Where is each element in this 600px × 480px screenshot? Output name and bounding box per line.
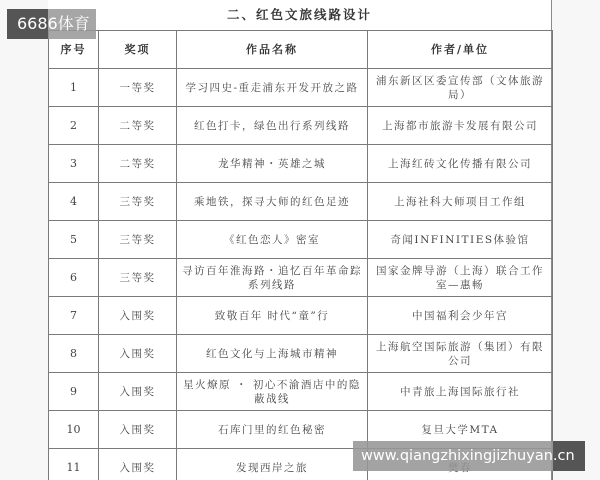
cell-work: 学习四史-重走浦东开发开放之路 xyxy=(177,69,368,107)
watermark-top-left: 6686体育 xyxy=(7,9,96,39)
table-row: 2 二等奖 红色打卡，绿色出行系列线路 上海都市旅游卡发展有限公司 xyxy=(49,107,553,145)
cell-work: 红色打卡，绿色出行系列线路 xyxy=(177,107,368,145)
cell-author: 中青旅上海国际旅行社 xyxy=(368,373,553,411)
cell-author: 国家金牌导游（上海）联合工作室—惠畅 xyxy=(368,259,553,297)
cell-work: 发现西岸之旅 xyxy=(177,449,368,480)
watermark-top-light: 6体育 xyxy=(48,9,96,39)
cell-number: 10 xyxy=(49,411,99,449)
cell-number: 2 xyxy=(49,107,99,145)
document-page: 二、红色文旅线路设计 序号 奖项 作品名称 作者/单位 1 一等奖 学习四史-重… xyxy=(48,0,552,480)
cell-author: 中国福利会少年宫 xyxy=(368,297,553,335)
cell-number: 7 xyxy=(49,297,99,335)
table-row: 3 二等奖 龙华精神・英雄之城 上海红砖文化传播有限公司 xyxy=(49,145,553,183)
awards-table: 序号 奖项 作品名称 作者/单位 1 一等奖 学习四史-重走浦东开发开放之路 浦… xyxy=(48,30,553,480)
cell-author: 上海航空国际旅游（集团）有限公司 xyxy=(368,335,553,373)
table-header-row: 序号 奖项 作品名称 作者/单位 xyxy=(49,31,553,69)
cell-work: 星火燎原 ・ 初心不渝酒店中的隐蔽战线 xyxy=(177,373,368,411)
cell-work: 寻访百年淮海路・追忆百年革命踪系列线路 xyxy=(177,259,368,297)
header-work-title: 作品名称 xyxy=(177,31,368,69)
page-margin-right xyxy=(552,0,600,480)
cell-work: 石库门里的红色秘密 xyxy=(177,411,368,449)
watermark-bottom-right: www.qiangzhixingjizhuyan.cn xyxy=(353,441,585,471)
watermark-bottom-light: www.qiangzhixingjizhuyan xyxy=(353,441,553,471)
cell-author: 上海社科大师项目工作组 xyxy=(368,183,553,221)
cell-number: 8 xyxy=(49,335,99,373)
cell-award: 入围奖 xyxy=(99,297,177,335)
watermark-top-dark: 668 xyxy=(7,9,48,39)
cell-number: 6 xyxy=(49,259,99,297)
header-author: 作者/单位 xyxy=(368,31,553,69)
cell-award: 入围奖 xyxy=(99,449,177,480)
cell-award: 一等奖 xyxy=(99,69,177,107)
cell-work: 乘地铁，探寻大师的红色足迹 xyxy=(177,183,368,221)
cell-author: 浦东新区区委宣传部（文体旅游局） xyxy=(368,69,553,107)
cell-award: 三等奖 xyxy=(99,221,177,259)
watermark-bottom-dark: .cn xyxy=(553,441,585,471)
cell-award: 三等奖 xyxy=(99,183,177,221)
cell-work: 致敬百年 时代“童”行 xyxy=(177,297,368,335)
cell-work: 《红色恋人》密室 xyxy=(177,221,368,259)
cell-award: 入围奖 xyxy=(99,411,177,449)
section-title: 二、红色文旅线路设计 xyxy=(48,0,551,30)
cell-author: 上海红砖文化传播有限公司 xyxy=(368,145,553,183)
cell-work: 龙华精神・英雄之城 xyxy=(177,145,368,183)
table-row: 7 入围奖 致敬百年 时代“童”行 中国福利会少年宫 xyxy=(49,297,553,335)
cell-award: 三等奖 xyxy=(99,259,177,297)
cell-award: 入围奖 xyxy=(99,335,177,373)
cell-award: 二等奖 xyxy=(99,107,177,145)
cell-number: 3 xyxy=(49,145,99,183)
table-row: 9 入围奖 星火燎原 ・ 初心不渝酒店中的隐蔽战线 中青旅上海国际旅行社 xyxy=(49,373,553,411)
cell-work: 红色文化与上海城市精神 xyxy=(177,335,368,373)
table-row: 1 一等奖 学习四史-重走浦东开发开放之路 浦东新区区委宣传部（文体旅游局） xyxy=(49,69,553,107)
header-award: 奖项 xyxy=(99,31,177,69)
cell-author: 上海都市旅游卡发展有限公司 xyxy=(368,107,553,145)
cell-award: 二等奖 xyxy=(99,145,177,183)
cell-author: 奇闻INFINITIES体验馆 xyxy=(368,221,553,259)
table-row: 8 入围奖 红色文化与上海城市精神 上海航空国际旅游（集团）有限公司 xyxy=(49,335,553,373)
cell-number: 5 xyxy=(49,221,99,259)
page-margin-left xyxy=(0,0,48,480)
table-row: 6 三等奖 寻访百年淮海路・追忆百年革命踪系列线路 国家金牌导游（上海）联合工作… xyxy=(49,259,553,297)
cell-award: 入围奖 xyxy=(99,373,177,411)
cell-number: 9 xyxy=(49,373,99,411)
table-row: 5 三等奖 《红色恋人》密室 奇闻INFINITIES体验馆 xyxy=(49,221,553,259)
cell-number: 1 xyxy=(49,69,99,107)
table-row: 4 三等奖 乘地铁，探寻大师的红色足迹 上海社科大师项目工作组 xyxy=(49,183,553,221)
cell-number: 11 xyxy=(49,449,99,480)
cell-number: 4 xyxy=(49,183,99,221)
